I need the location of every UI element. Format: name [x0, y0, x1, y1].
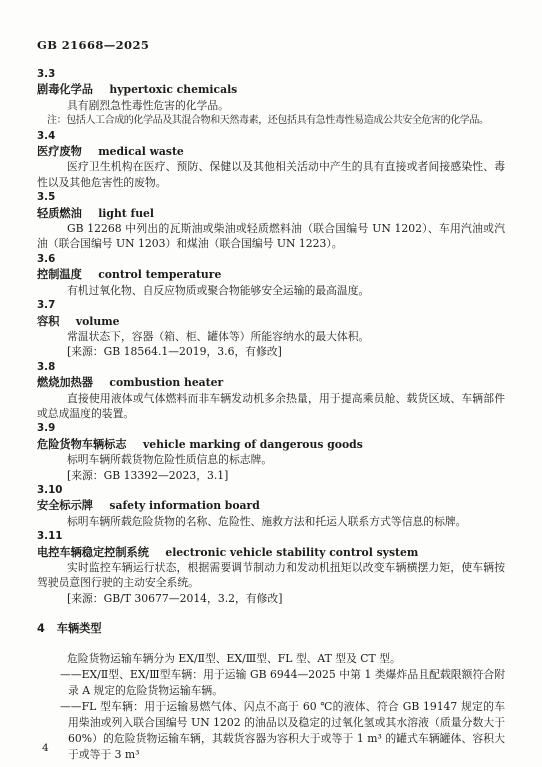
term-block-3-8: 3.8 燃烧加热器 combustion heater 直接使用液体或气体燃料而… — [37, 360, 505, 422]
term-chinese: 控制温度 — [37, 268, 82, 281]
term-definition: 有机过氧化物、自反应物质或聚合物能够安全运输的最高温度。 — [37, 283, 505, 298]
term-heading: 控制温度 control temperature — [37, 267, 505, 282]
clause-number: 3.6 — [37, 252, 505, 267]
standard-number-header: GB 21668—2025 — [37, 38, 505, 52]
term-chinese: 剧毒化学品 — [37, 83, 93, 96]
term-english: medical waste — [98, 145, 184, 158]
term-definition: 标明车辆所载货物危险性质信息的标志牌。 — [37, 452, 505, 467]
term-definition: 具有剧烈急性毒性危害的化学品。 — [37, 98, 505, 113]
term-heading: 安全标示牌 safety information board — [37, 498, 505, 513]
chapter-title: 车辆类型 — [57, 622, 102, 635]
term-heading: 剧毒化学品 hypertoxic chemicals — [37, 82, 505, 97]
term-chinese: 安全标示牌 — [37, 499, 93, 512]
term-heading: 医疗废物 medical waste — [37, 144, 505, 159]
term-english: combustion heater — [109, 376, 223, 389]
document-page: GB 21668—2025 3.3 剧毒化学品 hypertoxic chemi… — [0, 0, 542, 767]
term-heading: 电控车辆稳定控制系统 electronic vehicle stability … — [37, 545, 505, 560]
term-heading: 轻质燃油 light fuel — [37, 206, 505, 221]
chapter-number: 4 — [37, 622, 45, 635]
term-definition: 常温状态下，容器（箱、柜、罐体等）所能容纳水的最大体积。 — [37, 329, 505, 344]
term-english: light fuel — [98, 207, 154, 220]
clause-number: 3.7 — [37, 298, 505, 313]
term-definition: GB 12268 中列出的瓦斯油或柴油或轻质燃料油（联合国编号 UN 1202）… — [37, 221, 505, 252]
term-source-reference: [来源：GB/T 30677—2014，3.2，有修改] — [37, 591, 505, 606]
term-chinese: 危险货物车辆标志 — [37, 438, 127, 451]
term-english: volume — [76, 315, 120, 328]
term-heading: 危险货物车辆标志 vehicle marking of dangerous go… — [37, 437, 505, 452]
chapter-4-vehicle-types: 4车辆类型 危险货物运输车辆分为 EX/Ⅱ型、EX/Ⅲ型、FL 型、AT 型及 … — [37, 621, 505, 763]
term-english: electronic vehicle stability control sys… — [165, 546, 418, 559]
term-source-reference: [来源：GB 18564.1—2019，3.6，有修改] — [37, 344, 505, 359]
terms-and-definitions-section: 3.3 剧毒化学品 hypertoxic chemicals 具有剧烈急性毒性危… — [37, 67, 505, 606]
term-definition: 实时监控车辆运行状态，根据需要调节制动力和发动机扭矩以改变车辆横摆力矩，使车辆按… — [37, 560, 505, 591]
term-english: hypertoxic chemicals — [109, 83, 237, 96]
term-heading: 燃烧加热器 combustion heater — [37, 375, 505, 390]
term-definition: 标明车辆所载危险货物的名称、危险性、施救方法和托运人联系方式等信息的标牌。 — [37, 514, 505, 529]
term-english: control temperature — [98, 268, 221, 281]
clause-number: 3.8 — [37, 360, 505, 375]
chapter-heading: 4车辆类型 — [37, 621, 505, 637]
chapter-intro-paragraph: 危险货物运输车辆分为 EX/Ⅱ型、EX/Ⅲ型、FL 型、AT 型及 CT 型。 — [37, 651, 505, 667]
term-source-reference: [来源：GB 13392—2023，3.1] — [37, 468, 505, 483]
term-heading: 容积 volume — [37, 314, 505, 329]
term-block-3-5: 3.5 轻质燃油 light fuel GB 12268 中列出的瓦斯油或柴油或… — [37, 190, 505, 252]
term-english: vehicle marking of dangerous goods — [143, 438, 363, 451]
term-block-3-3: 3.3 剧毒化学品 hypertoxic chemicals 具有剧烈急性毒性危… — [37, 67, 505, 129]
clause-number: 3.10 — [37, 483, 505, 498]
dash-list-item: ——FL 型车辆：用于运输易燃气体、闪点不高于 60 ℃的液体、符合 GB 19… — [68, 699, 505, 763]
term-block-3-11: 3.11 电控车辆稳定控制系统 electronic vehicle stabi… — [37, 529, 505, 606]
term-chinese: 电控车辆稳定控制系统 — [37, 546, 149, 559]
term-block-3-4: 3.4 医疗废物 medical waste 医疗卫生机构在医疗、预防、保健以及… — [37, 129, 505, 191]
clause-number: 3.9 — [37, 421, 505, 436]
dash-list-item: ——EX/Ⅱ型、EX/Ⅲ型车辆：用于运输 GB 6944—2025 中第 1 类… — [68, 667, 505, 699]
clause-number: 3.11 — [37, 529, 505, 544]
page-number: 4 — [42, 742, 49, 754]
term-block-3-9: 3.9 危险货物车辆标志 vehicle marking of dangerou… — [37, 421, 505, 483]
term-chinese: 容积 — [37, 315, 59, 328]
term-chinese: 轻质燃油 — [37, 207, 82, 220]
term-definition: 医疗卫生机构在医疗、预防、保健以及其他相关活动中产生的具有直接或者间接感染性、毒… — [37, 159, 505, 190]
term-block-3-10: 3.10 安全标示牌 safety information board 标明车辆… — [37, 483, 505, 529]
term-chinese: 燃烧加热器 — [37, 376, 93, 389]
term-block-3-7: 3.7 容积 volume 常温状态下，容器（箱、柜、罐体等）所能容纳水的最大体… — [37, 298, 505, 360]
term-definition: 直接使用液体或气体燃料而非车辆发动机多余热量，用于提高乘员舱、载货区域、车辆部件… — [37, 391, 505, 422]
term-chinese: 医疗废物 — [37, 145, 82, 158]
clause-number: 3.5 — [37, 190, 505, 205]
clause-number: 3.3 — [37, 67, 505, 82]
term-block-3-6: 3.6 控制温度 control temperature 有机过氧化物、自反应物… — [37, 252, 505, 298]
term-note: 注：包括人工合成的化学品及其混合物和天然毒素，还包括具有急性毒性易造成公共安全危… — [47, 113, 505, 128]
clause-number: 3.4 — [37, 129, 505, 144]
term-english: safety information board — [109, 499, 259, 512]
